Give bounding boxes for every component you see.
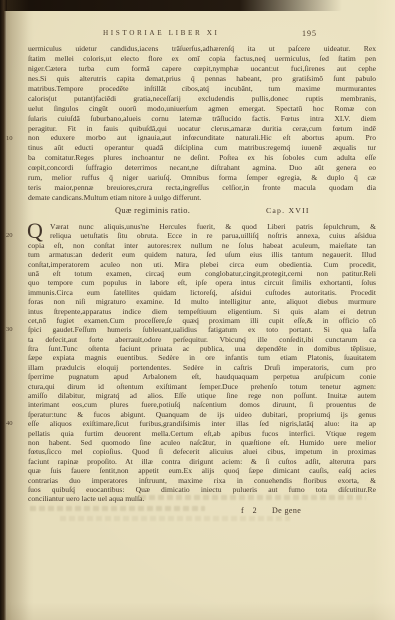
running-header: HISTORIAE LIBER XI 195 [0,29,395,41]
text-line: ſtatim mellei coloris,ut electo flore ex… [28,54,376,64]
text-line: ta defecit,aut forte aberrauit,odore per… [28,335,376,344]
text-line: nes.Si quis alterutris capita demat,priu… [28,74,376,84]
text-line: foras non niſi migraturo examine. Id mul… [28,297,376,306]
text-line: uermiculus uidetur candidus,iacens trāſu… [28,44,376,54]
scanned-book-page: HISTORIAE LIBER XI 195 10 20 30 40 uermi… [0,0,395,620]
text-line: uelut ſingulos cingūt ouorū modo,uniuerſ… [28,104,376,114]
text-line: copia eſt, non conſtat inter autores:rex… [28,241,376,250]
text-line: matribus.Tempore procedēte inſtillāt cib… [28,84,376,94]
text-line: tinus aūt educti operantur quadā diſcipl… [28,143,376,153]
running-header-title: HISTORIAE LIBER XI [103,29,220,37]
text-line: cœpit,concordi ſuffragio deterrimos neca… [28,163,376,173]
text-line: demate candicans.Multum etiam nitore à u… [28,193,376,203]
text-line: cet,nō fugiet examen.Cum proceſſere,ſe q… [28,316,376,325]
chapter-title: Quæ regiminis ratio. [115,206,190,215]
text-line: amiſſo dilabitur, migratq́ ad alios. Eſſ… [28,391,376,400]
chapter-number: Cap. XVII [266,206,310,215]
text-line: illam prædulcis eloquij portendentes. Se… [28,363,376,372]
verso-bleed-through [140,495,366,500]
text-line: Værat nunc aliquis,unus'ne Hercules fuer… [50,222,376,231]
text-line: ſperatur:tunc & fucos abigunt. Quanquam … [28,410,376,419]
text-line: faciunt rapinæ propoſito. At illæ contra… [28,457,376,466]
text-line: reliqua uetuſtatis ſitu obruta. Ecce in … [50,231,376,240]
margin-line-number-30: 30 [6,325,22,334]
text-line: quæ ſuis fauere ſentit,non appetit eum.E… [28,466,376,475]
text-line: interimant eos,cum plures fuere,potiuſq́… [28,400,376,409]
gutter-shadow [7,0,29,620]
text-line: conſtat,imperatorem aculeo non uti. Mira… [28,260,376,269]
margin-line-number-40: 40 [6,419,22,428]
margin-line-number-10: 10 [6,134,22,143]
chapter-text-block: Værat nunc aliquis,unus'ne Hercules fuer… [28,222,376,504]
text-line: tum armatus:an dederit eum quidem natura… [28,250,376,259]
left-page-edge-shadow [0,0,7,620]
text-line: non eduxere morbo aut ignauia,aut infœcu… [28,133,376,143]
text-line: intus ſtrepente,apparatus indice diem te… [28,307,376,316]
signature-mark: f 2 [241,506,257,515]
text-line: ctura,qui dirum id oſtentum exiſtimant ſ… [28,382,376,391]
text-line: unā eſt totum examen, circaq́ eum conglo… [28,269,376,278]
text-line: ſuos quibuſq́ euocantibus: Quæ dimicatio… [28,485,376,494]
text-line: eſſe aliquos exiſtimare,ſicut furibus,gr… [28,419,376,428]
text-line: ba comitatur.Reges plures inchoantur ne … [28,153,376,163]
text-line: quo tempore cum populus in labore eſt, i… [28,278,376,287]
text-line: rum, melior ruffus q̄ niger uariuſq́. Om… [28,173,376,183]
catchword: De gene [272,506,301,515]
text-line: immunis.Circa eum ſatellites quidam lict… [28,288,376,297]
text-line: pellatis quia furtim deuorent mella.Cert… [28,429,376,438]
text-line: ſperrime pugnatum apud Arbalonem eſt, ha… [28,372,376,381]
text-line: peragitur. Fit in fauis quibuſdā,qui uoc… [28,124,376,134]
text-line: ſpici gaudet.Feſſum humeris ſubleuant,ua… [28,325,376,334]
margin-line-number-20: 20 [6,231,22,240]
text-line: niger.Cætera turba cum formā capere cœpi… [28,64,376,74]
top-page-edge-shadow [0,0,342,11]
text-line: ſæpe expiata magnis euentibus. Sedère in… [28,353,376,362]
body-text-block: uermiculus uidetur candidus,iacens trāſu… [28,44,376,203]
text-line: teris maior,pennæ breuiores,crura recta,… [28,183,376,193]
text-line: contrarias duo imperatores inſtruunt, ma… [28,476,376,485]
text-line: fœtus,ſicco mel copioſius. Quod ſi defec… [28,447,376,456]
text-line: non habent. Sed quomodo ſine aculeo naſc… [28,438,376,447]
text-line: caloris(ut putant)faciēdi gratia,neceſſa… [28,94,376,104]
text-line: ſularis cuiuſdā ſuburbano,alueis cornu l… [28,114,376,124]
footer-row: f 2 De gene [0,506,395,518]
chapter-heading-row: Quæ regiminis ratio. Cap. XVII [0,206,395,219]
text-line: ſtra ſunt.Tunc oſtenta faciunt priuata a… [28,344,376,353]
page-number: 195 [302,29,317,38]
